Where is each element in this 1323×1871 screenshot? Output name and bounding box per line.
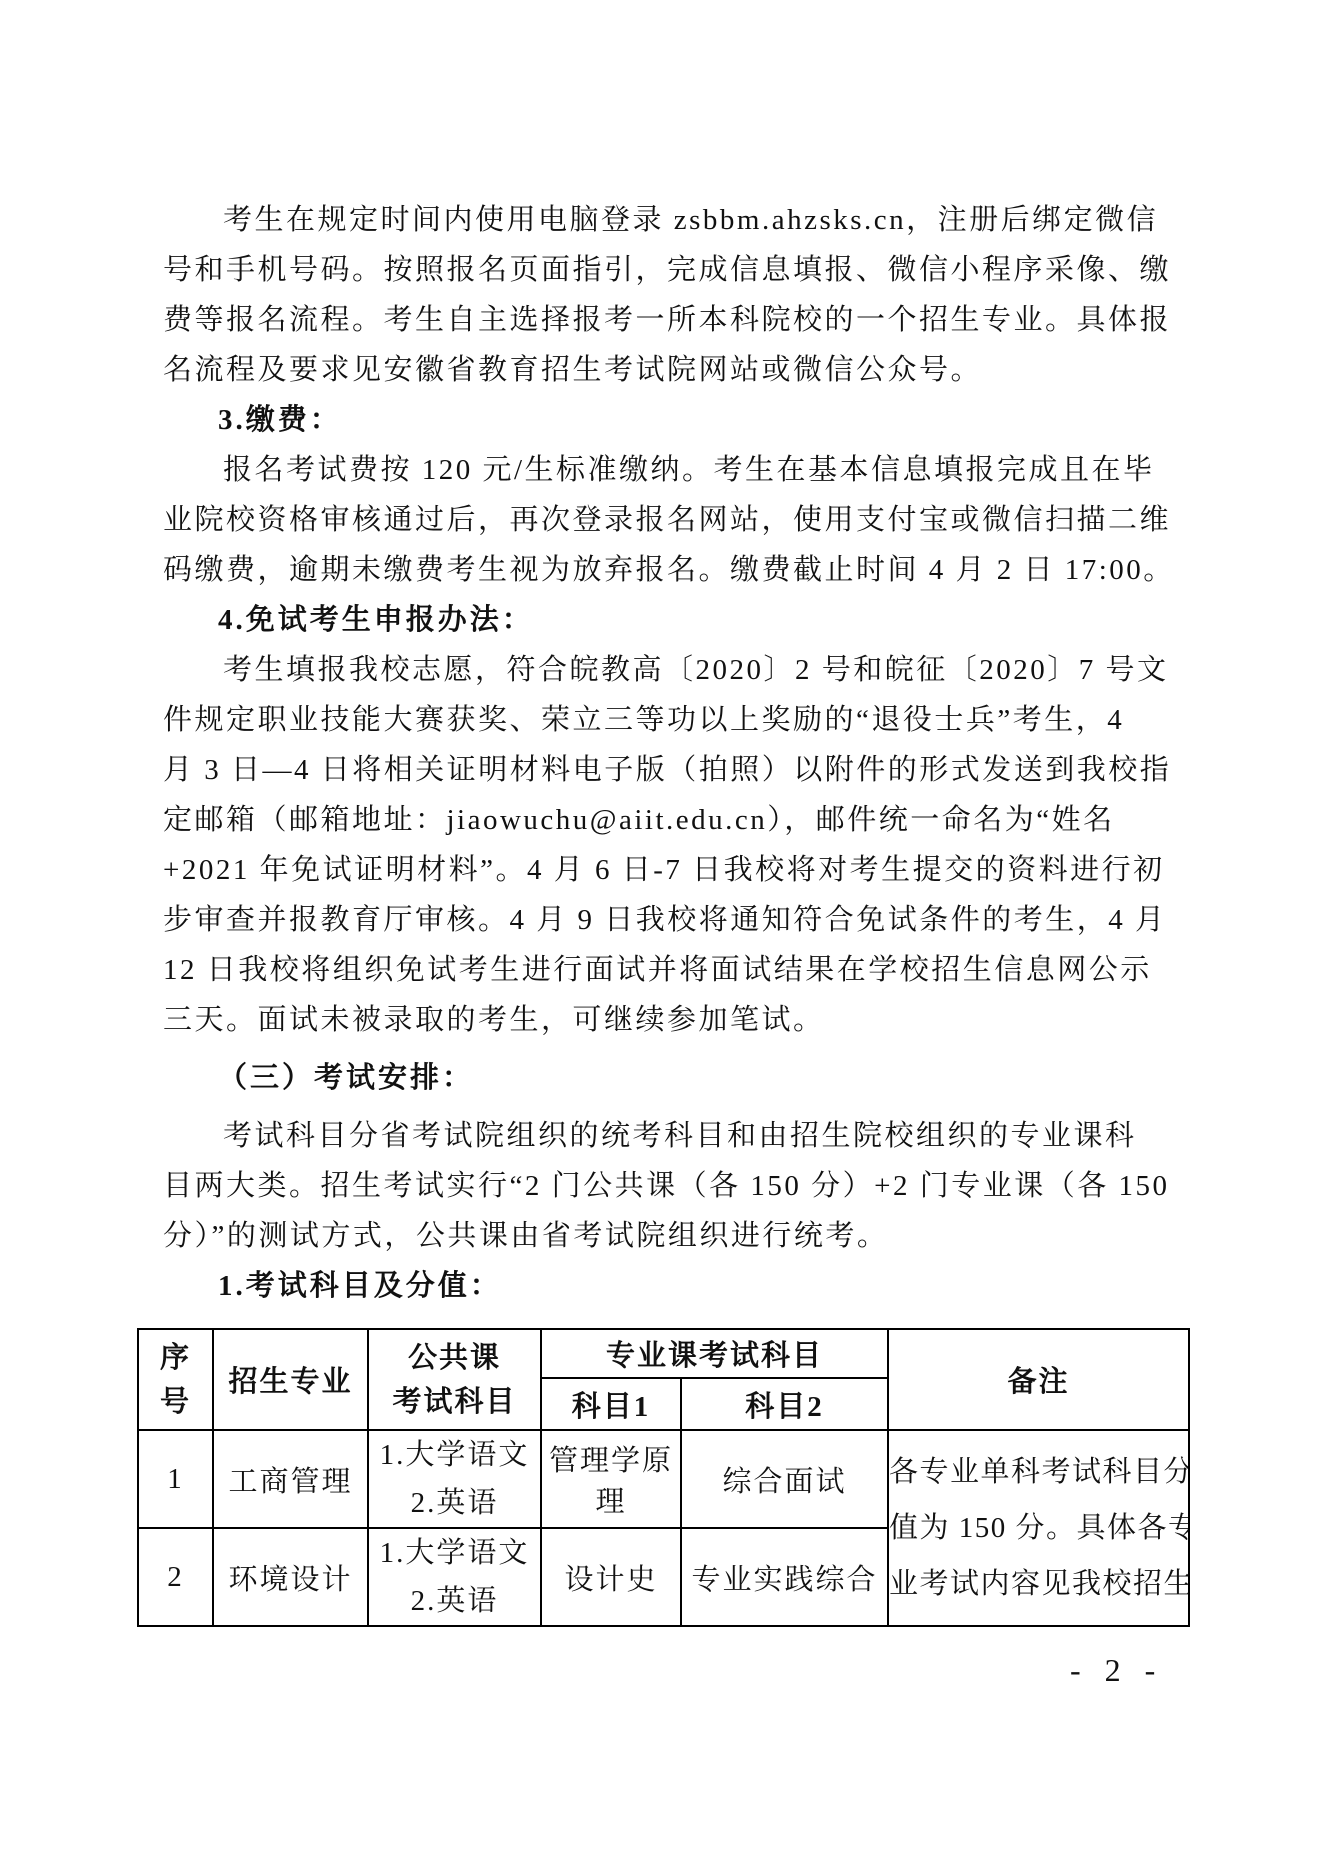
col-header-subject2: 科目2 bbox=[681, 1378, 888, 1430]
text-line: +2021 年免试证明材料”。4 月 6 日-7 日我校将对考生提交的资料进行初 bbox=[163, 845, 1181, 895]
document-page: 考生在规定时间内使用电脑登录 zsbbm.ahzsks.cn，注册后绑定微信 号… bbox=[0, 0, 1323, 1871]
cell-major: 环境设计 bbox=[213, 1528, 368, 1626]
document-body: 考生在规定时间内使用电脑登录 zsbbm.ahzsks.cn，注册后绑定微信 号… bbox=[163, 195, 1181, 1311]
text-line: 件规定职业技能大赛获奖、荣立三等功以上奖励的“退役士兵”考生，4 bbox=[163, 695, 1181, 745]
text-line: 名流程及要求见安徽省教育招生考试院网站或微信公众号。 bbox=[163, 345, 1181, 395]
col-header-subject1: 科目1 bbox=[541, 1378, 681, 1430]
cell-note-merged: 各专业单科考试科目分 值为 150 分。具体各专 业考试内容见我校招生 bbox=[888, 1430, 1189, 1626]
col-header-public-courses: 公共课 考试科目 bbox=[368, 1329, 541, 1430]
table-row: 1 工商管理 1.大学语文 2.英语 管理学原理 综合面试 各专业单科考试科目分… bbox=[138, 1430, 1189, 1528]
section-heading-exemption: 4.免试考生申报办法： bbox=[163, 595, 1181, 645]
col-header-major: 招生专业 bbox=[213, 1329, 368, 1430]
cell-seq: 2 bbox=[138, 1528, 213, 1626]
cell-public-courses: 1.大学语文 2.英语 bbox=[368, 1528, 541, 1626]
cell-major: 工商管理 bbox=[213, 1430, 368, 1528]
public-course-2: 2.英语 bbox=[369, 1577, 540, 1625]
text-line: 报名考试费按 120 元/生标准缴纳。考生在基本信息填报完成且在毕 bbox=[163, 445, 1181, 495]
text-line: 号和手机号码。按照报名页面指引，完成信息填报、微信小程序采像、缴 bbox=[163, 245, 1181, 295]
cell-subject2: 专业实践综合 bbox=[681, 1528, 888, 1626]
text-line: 分）”的测试方式，公共课由省考试院组织进行统考。 bbox=[163, 1211, 1181, 1261]
col-header-note: 备注 bbox=[888, 1329, 1189, 1430]
section-heading-exam-arrangement: （三）考试安排： bbox=[163, 1053, 1181, 1103]
cell-subject1: 管理学原理 bbox=[541, 1430, 681, 1528]
note-line: 各专业单科考试科目分 bbox=[889, 1444, 1188, 1500]
page-number: - 2 - bbox=[1070, 1652, 1156, 1689]
cell-seq: 1 bbox=[138, 1430, 213, 1528]
section-heading-payment: 3.缴费： bbox=[163, 395, 1181, 445]
text-line: 业院校资格审核通过后，再次登录报名网站，使用支付宝或微信扫描二维 bbox=[163, 495, 1181, 545]
col-header-seq-line2: 号 bbox=[139, 1380, 212, 1424]
exam-subjects-table: 序 号 招生专业 公共课 考试科目 专业课考试科目 备注 科目1 科目2 1 工… bbox=[137, 1328, 1190, 1627]
text-line: 目两大类。招生考试实行“2 门公共课（各 150 分）+2 门专业课（各 150 bbox=[163, 1161, 1181, 1211]
col-header-seq-line1: 序 bbox=[139, 1336, 212, 1380]
text-line: 考试科目分省考试院组织的统考科目和由招生院校组织的专业课科 bbox=[163, 1111, 1181, 1161]
note-line: 值为 150 分。具体各专 bbox=[889, 1500, 1188, 1556]
text-line: 定邮箱（邮箱地址：jiaowuchu@aiit.edu.cn），邮件统一命名为“… bbox=[163, 795, 1181, 845]
public-course-1: 1.大学语文 bbox=[369, 1431, 540, 1479]
cell-subject2: 综合面试 bbox=[681, 1430, 888, 1528]
col-header-public-line2: 考试科目 bbox=[369, 1380, 540, 1424]
note-line: 业考试内容见我校招生 bbox=[889, 1556, 1188, 1612]
cell-public-courses: 1.大学语文 2.英语 bbox=[368, 1430, 541, 1528]
col-header-public-line1: 公共课 bbox=[369, 1336, 540, 1380]
text-line: 月 3 日—4 日将相关证明材料电子版（拍照）以附件的形式发送到我校指 bbox=[163, 745, 1181, 795]
cell-subject1: 设计史 bbox=[541, 1528, 681, 1626]
section-heading-subjects-scores: 1.考试科目及分值： bbox=[163, 1261, 1181, 1311]
public-course-2: 2.英语 bbox=[369, 1479, 540, 1527]
text-line: 考生填报我校志愿，符合皖教高〔2020〕2 号和皖征〔2020〕7 号文 bbox=[163, 645, 1181, 695]
col-header-seq: 序 号 bbox=[138, 1329, 213, 1430]
public-course-1: 1.大学语文 bbox=[369, 1529, 540, 1577]
text-line: 码缴费，逾期未缴费考生视为放弃报名。缴费截止时间 4 月 2 日 17:00。 bbox=[163, 545, 1181, 595]
text-line: 12 日我校将组织免试考生进行面试并将面试结果在学校招生信息网公示 bbox=[163, 945, 1181, 995]
text-line: 三天。面试未被录取的考生，可继续参加笔试。 bbox=[163, 995, 1181, 1045]
text-line: 步审查并报教育厅审核。4 月 9 日我校将通知符合免试条件的考生，4 月 bbox=[163, 895, 1181, 945]
text-line: 费等报名流程。考生自主选择报考一所本科院校的一个招生专业。具体报 bbox=[163, 295, 1181, 345]
text-line: 考生在规定时间内使用电脑登录 zsbbm.ahzsks.cn，注册后绑定微信 bbox=[163, 195, 1181, 245]
col-header-professional-group: 专业课考试科目 bbox=[541, 1329, 888, 1378]
